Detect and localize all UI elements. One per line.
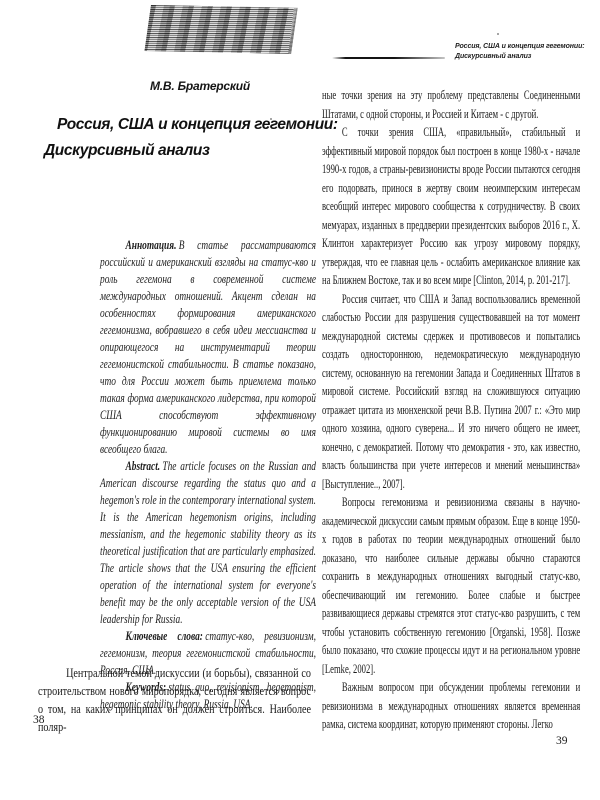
article-title-line2: Дискурсивный анализ — [44, 138, 319, 164]
right-page-number: 39 — [556, 735, 568, 747]
body-paragraph-continuation: ные точки зрения на эту проблему предста… — [322, 86, 580, 123]
scan-speck — [270, 118, 272, 120]
abstract-block: Аннотация.В статье рассматриваются росси… — [100, 237, 316, 713]
left-page-body-paragraph: Центральной темой дискуссии (и борьбы), … — [38, 664, 311, 736]
body-paragraph: Вопросы гегемонизма и ревизионизма связа… — [322, 493, 580, 678]
abstract-paragraph: Abstract.The article focuses on the Russ… — [100, 458, 316, 628]
body-paragraph: Важным вопросом при обсуждении проблемы … — [322, 678, 580, 734]
left-page-number: 38 — [33, 714, 45, 726]
article-title-line1: Россия, США и концепция гегемонии: — [44, 112, 319, 138]
running-head: Россия, США и концепция гегемонии: Диску… — [455, 42, 585, 62]
abstract-label: Abstract. — [126, 459, 161, 473]
annotation-text: В статье рассматриваются российский и ам… — [100, 238, 316, 456]
keywords-ru-label: Ключевые слова: — [126, 629, 203, 643]
article-title: Россия, США и концепция гегемонии: Диску… — [44, 112, 319, 164]
annotation-label: Аннотация. — [126, 238, 177, 252]
body-paragraph: Россия считает, что США и Запад воспольз… — [322, 290, 580, 494]
halftone-image-artifact — [144, 5, 297, 54]
annotation-paragraph: Аннотация.В статье рассматриваются росси… — [100, 237, 316, 458]
right-page-body: ные точки зрения на эту проблему предста… — [322, 86, 580, 734]
body-paragraph: С точки зрения США, «правильный», стабил… — [322, 123, 580, 290]
author-name: М.В. Братерский — [140, 79, 260, 93]
scanned-journal-spread: М.В. Братерский Россия, США и концепция … — [0, 0, 600, 800]
running-head-line1: Россия, США и концепция гегемонии: — [455, 42, 585, 52]
scan-speck — [497, 33, 499, 35]
running-head-line2: Дискурсивный анализ — [455, 52, 585, 62]
running-head-rule — [332, 57, 445, 59]
abstract-text: The article focuses on the Russian and A… — [100, 459, 316, 626]
